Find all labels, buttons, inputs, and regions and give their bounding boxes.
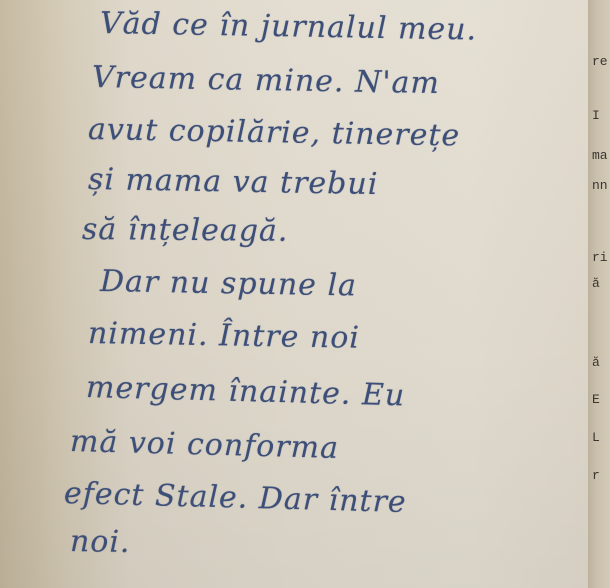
typed-fragment: ă [592,276,600,291]
handwriting-block: Văd ce în jurnalul meu. Vream ca mine. N… [0,0,588,588]
typed-fragment: re [592,54,608,69]
typed-fragment: L [592,430,600,445]
handwritten-line: mergem înainte. Eu [86,370,406,413]
typed-fragment: E [592,392,600,407]
typed-fragment: ă [592,355,600,370]
handwritten-line: Vream ca mine. N'am [92,60,440,101]
handwritten-line: Dar nu spune la [100,264,358,303]
handwritten-line: avut copilărie, tinerețe [88,112,461,153]
handwritten-line: efect Stale. Dar între [64,476,408,520]
underlying-typed-page: re I ma nn ri ă ă E L r [588,0,610,588]
handwritten-line: și mama va trebui [88,162,379,202]
typed-fragment: I [592,108,600,123]
handwritten-line: să înțeleagă. [82,212,289,249]
typed-fragment: ma [592,148,608,163]
handwritten-line: mă voi conforma [70,424,340,466]
handwritten-line: nimeni. Între noi [88,316,361,356]
handwritten-line: Văd ce în jurnalul meu. [100,6,478,48]
typed-fragment: nn [592,178,608,193]
handwritten-line: noi. [70,524,131,560]
typed-fragment: ri [592,250,608,265]
typed-fragment: r [592,468,600,483]
